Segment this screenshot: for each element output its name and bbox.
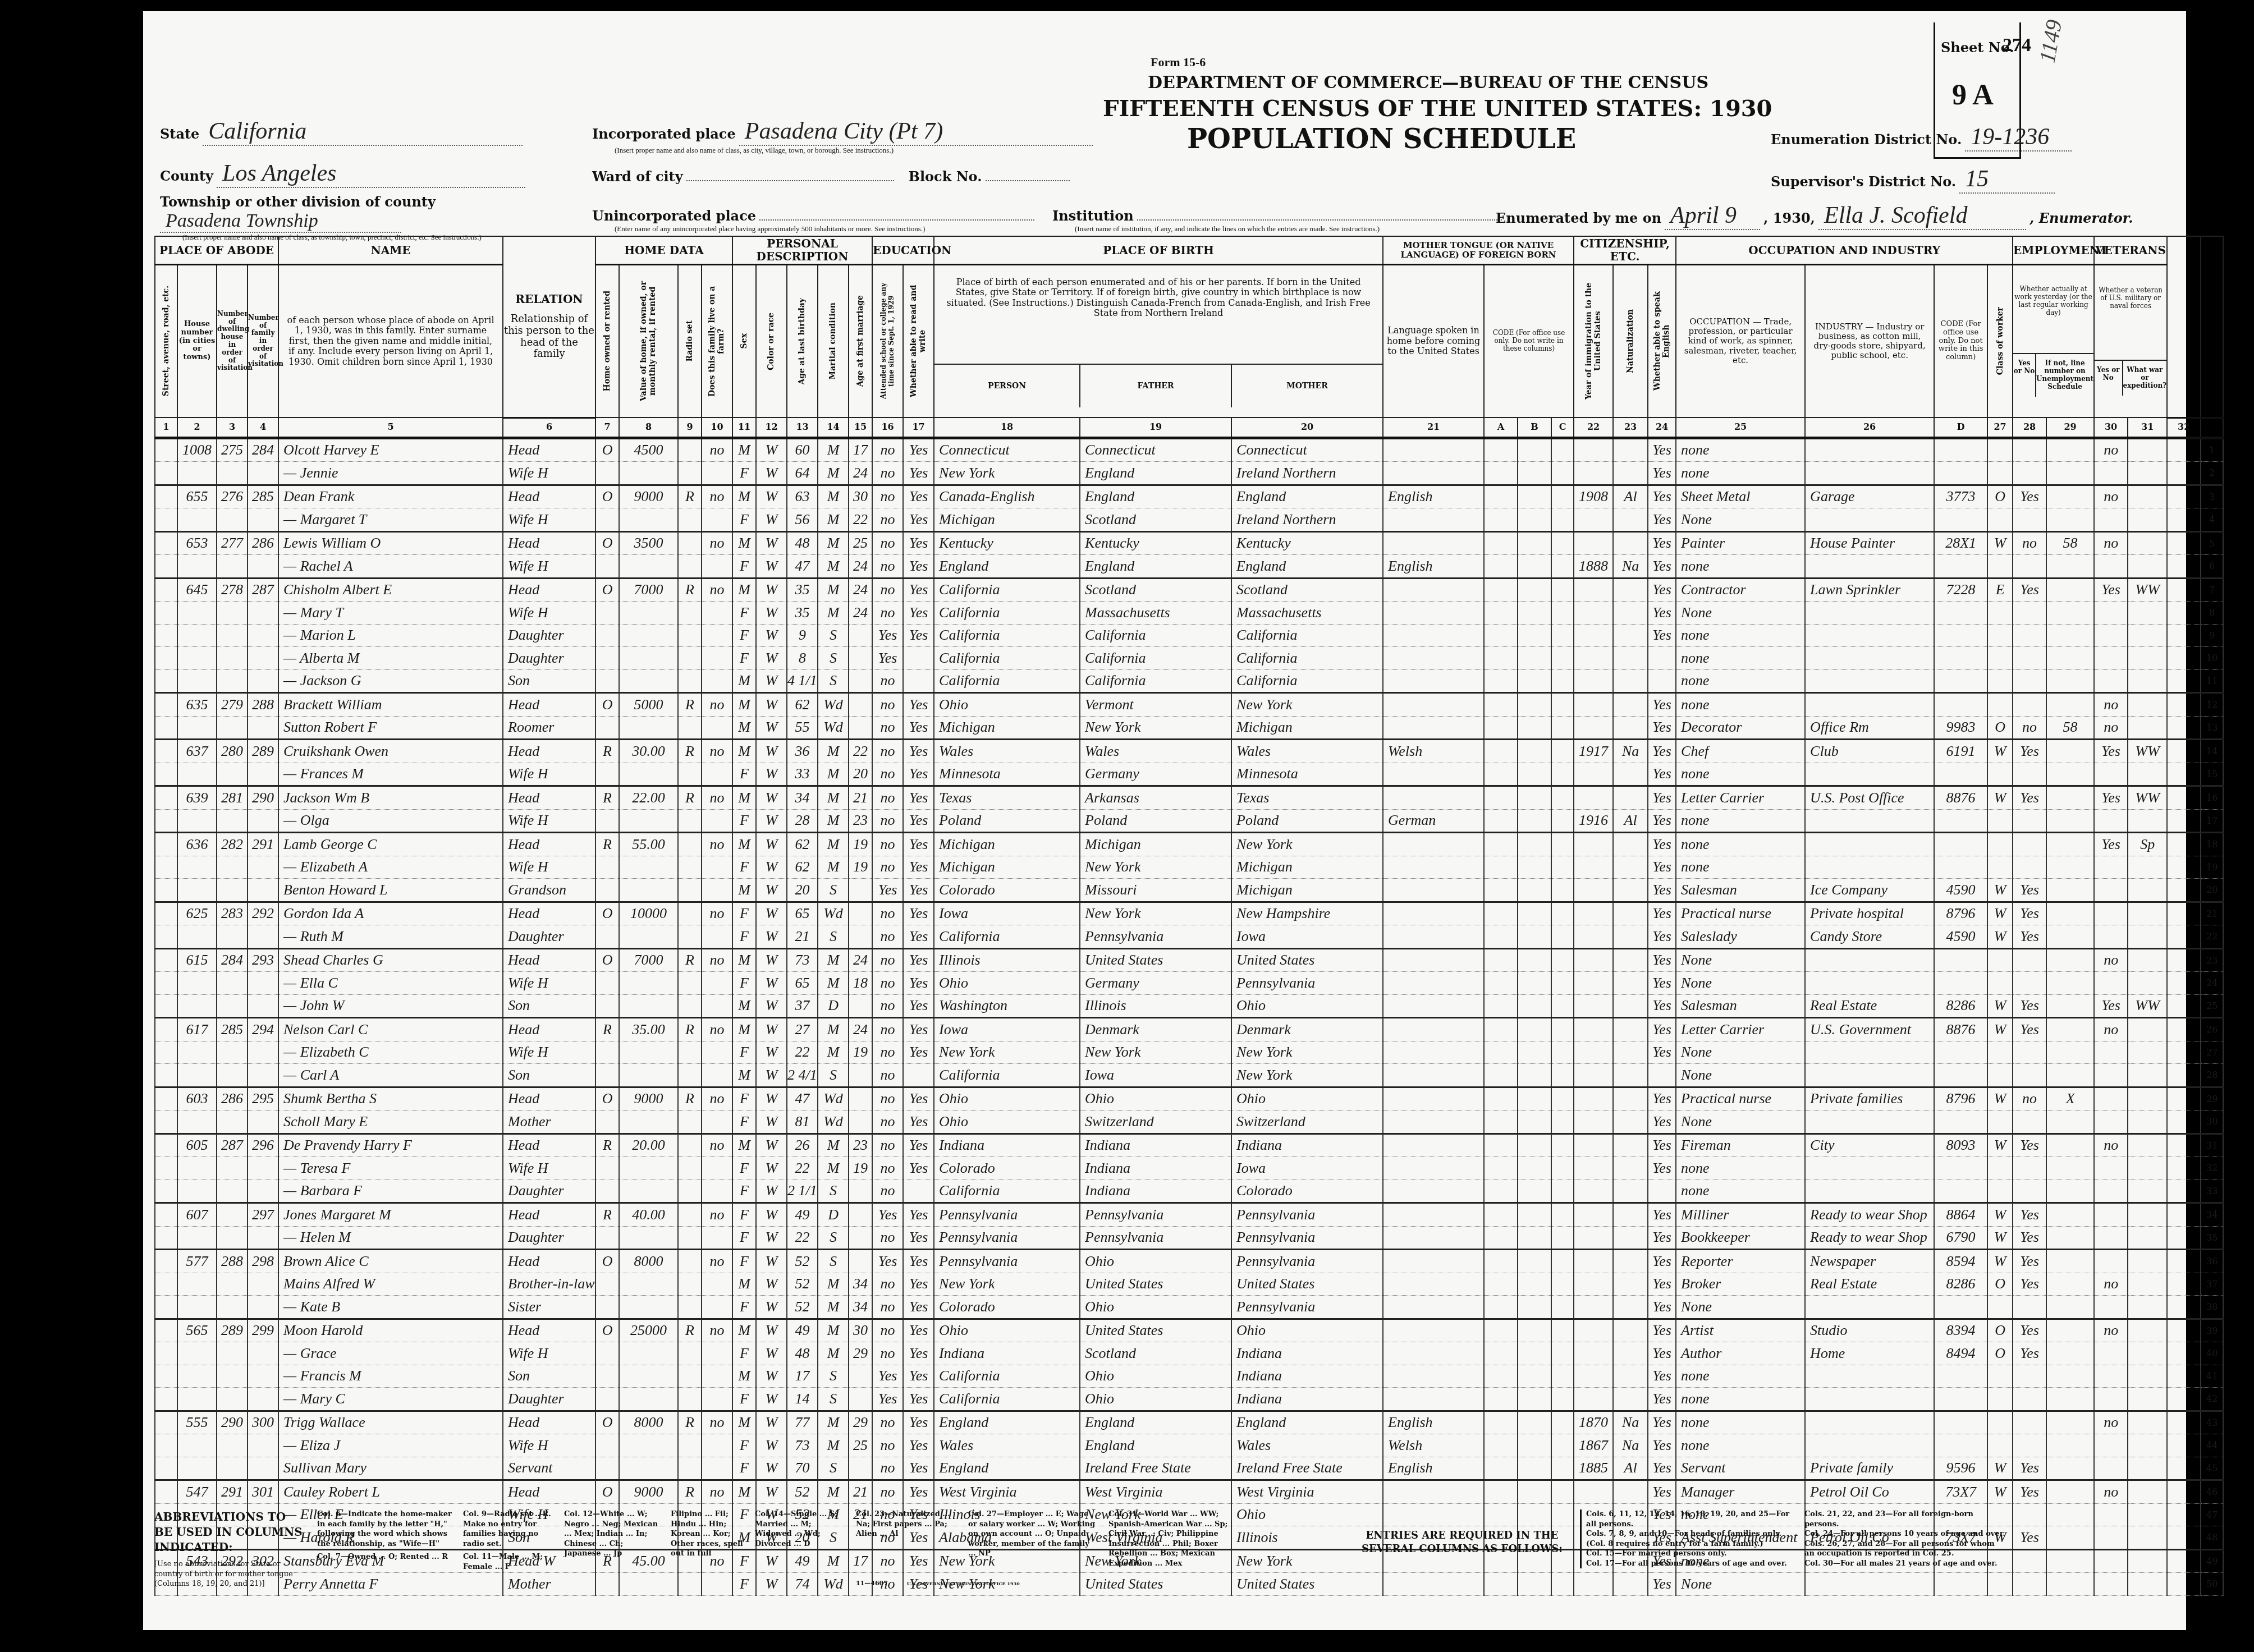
unemployment-line-cell: 58 xyxy=(2046,531,2094,555)
home-value-cell xyxy=(619,1157,678,1180)
birthplace-cell: California xyxy=(934,1180,1080,1203)
age-cell: 17 xyxy=(787,1365,818,1388)
home-value-cell: 35.00 xyxy=(619,1018,678,1041)
dwelling-number-cell: 283 xyxy=(217,902,248,925)
col-number: 22 xyxy=(1574,417,1613,438)
immigration-year-cell xyxy=(1574,1110,1613,1134)
house-number-cell: 625 xyxy=(177,902,217,925)
sex-cell: M xyxy=(732,693,756,717)
street-cell xyxy=(155,1226,177,1250)
home-value-cell xyxy=(619,462,678,485)
language-cell: English xyxy=(1383,1457,1484,1480)
marital-cell: S xyxy=(818,624,849,647)
house-number-cell xyxy=(177,1110,217,1134)
mother-birthplace-cell: Pennsylvania xyxy=(1231,1203,1383,1227)
code-b-cell xyxy=(1518,948,1551,972)
naturalization-cell xyxy=(1613,1319,1648,1342)
radio-cell xyxy=(678,1342,702,1365)
code-c-cell xyxy=(1551,669,1574,693)
war-cell xyxy=(2128,693,2167,717)
relation-cell: Mother xyxy=(503,1110,595,1134)
unemployment-line-cell xyxy=(2046,972,2094,995)
occupation-cell: none xyxy=(1676,763,1805,786)
class-worker-cell: O xyxy=(1987,485,2013,508)
street-cell xyxy=(155,462,177,485)
veteran-cell xyxy=(2094,1180,2128,1203)
unemployment-line-cell xyxy=(2046,1134,2094,1157)
language-cell xyxy=(1383,1319,1484,1342)
occupation-cell: Reporter xyxy=(1676,1250,1805,1273)
code-b-cell xyxy=(1518,1018,1551,1041)
mother-birthplace-cell: Ireland Free State xyxy=(1231,1457,1383,1480)
unemployment-line-cell xyxy=(2046,508,2094,532)
birthplace-cell: Ohio xyxy=(934,693,1080,717)
industry-cell: U.S. Post Office xyxy=(1805,786,1934,810)
veteran-war: What war or expedition? xyxy=(2122,361,2167,395)
industry-cell xyxy=(1805,1041,1934,1064)
read-write-cell: Yes xyxy=(903,763,934,786)
home-owned-cell: O xyxy=(595,578,619,602)
sex-cell: M xyxy=(732,740,756,763)
birthplace-cell: Pennsylvania xyxy=(934,1250,1080,1273)
code-a-cell xyxy=(1484,531,1518,555)
sex-cell: M xyxy=(732,1319,756,1342)
home-owned-cell xyxy=(595,1041,619,1064)
home-value-cell xyxy=(619,508,678,532)
veteran-cell: no xyxy=(2094,1411,2128,1434)
mother-birthplace-cell: New York xyxy=(1231,1041,1383,1064)
code-c-cell xyxy=(1551,1087,1574,1110)
house-number-cell: 607 xyxy=(177,1203,217,1227)
mother-birthplace-cell: Switzerland xyxy=(1231,1110,1383,1134)
line-number: 31 xyxy=(2201,1134,2223,1157)
class-worker-label: Class of worker xyxy=(1996,307,2005,375)
dwelling-number-cell: 280 xyxy=(217,740,248,763)
code-d-cell: 9596 xyxy=(1934,1457,1987,1480)
school-cell: no xyxy=(872,1226,903,1250)
age-cell: 26 xyxy=(787,1134,818,1157)
occupation-cell: none xyxy=(1676,1434,1805,1457)
radio-cell xyxy=(678,972,702,995)
father-birthplace-label: FATHER xyxy=(1079,365,1231,407)
age-cell: 49 xyxy=(787,1319,818,1342)
relation-cell: Wife H xyxy=(503,1342,595,1365)
speak-english-cell: Yes xyxy=(1648,578,1676,602)
birthplace-cell: Ohio xyxy=(934,1087,1080,1110)
occupation-cell: Decorator xyxy=(1676,716,1805,740)
house-number-cell xyxy=(177,1296,217,1319)
street-cell xyxy=(155,531,177,555)
read-write-cell: Yes xyxy=(903,624,934,647)
immigration-year-cell xyxy=(1574,1319,1613,1342)
farm-cell: no xyxy=(702,1319,732,1342)
employed-cell: Yes xyxy=(2013,1250,2046,1273)
dwelling-number-cell xyxy=(217,1180,248,1203)
marital-cell: M xyxy=(818,809,849,833)
farm-cell xyxy=(702,763,732,786)
employed-cell xyxy=(2013,1041,2046,1064)
veteran-cell: Yes xyxy=(2094,994,2128,1018)
age-marriage-cell: 21 xyxy=(849,786,872,810)
age-marriage-cell: 17 xyxy=(849,438,872,462)
race-cell: W xyxy=(756,1203,787,1227)
house-number-cell xyxy=(177,716,217,740)
sex-cell: M xyxy=(732,1480,756,1504)
age-marriage-cell: 25 xyxy=(849,531,872,555)
farm-cell xyxy=(702,1457,732,1480)
immigration-year-cell xyxy=(1574,462,1613,485)
occupation-cell: Contractor xyxy=(1676,578,1805,602)
mother-birthplace-cell: Texas xyxy=(1231,786,1383,810)
code-a-cell xyxy=(1484,716,1518,740)
sex-cell: M xyxy=(732,485,756,508)
war-cell: WW xyxy=(2128,578,2167,602)
home-owned-cell xyxy=(595,462,619,485)
township-field: Township or other division of county Pas… xyxy=(160,194,609,242)
family-number-cell xyxy=(248,1064,278,1087)
code-a-cell xyxy=(1484,856,1518,879)
marital-cell: M xyxy=(818,555,849,579)
farm-schedule-cell xyxy=(2167,1157,2201,1180)
home-value-cell xyxy=(619,624,678,647)
col-number: 8 xyxy=(619,417,678,438)
code-d-label: CODE (For office use only. Do not write … xyxy=(1935,320,1987,362)
class-worker-cell xyxy=(1987,693,2013,717)
code-c-cell xyxy=(1551,833,1574,856)
table-row: — Elizabeth CWife HFW22M19noYesNew YorkN… xyxy=(155,1041,2246,1064)
immigration-year-cell: 1908 xyxy=(1574,485,1613,508)
code-b-cell xyxy=(1518,1087,1551,1110)
radio-cell xyxy=(678,1180,702,1203)
veteran-yes-no: Yes or No xyxy=(2095,361,2122,395)
home-owned-label: Home owned or rented xyxy=(603,291,612,392)
home-value-cell xyxy=(619,972,678,995)
farm-schedule-cell xyxy=(2167,1087,2201,1110)
street-cell xyxy=(155,1041,177,1064)
radio-cell: R xyxy=(678,740,702,763)
home-owned-cell xyxy=(595,1064,619,1087)
table-row: 1008275284Olcott Harvey EHeadO4500noMW60… xyxy=(155,438,2246,462)
street-cell xyxy=(155,578,177,602)
incorporated-hint: (Insert proper name and also name of cla… xyxy=(615,146,1093,155)
code-c-cell xyxy=(1551,531,1574,555)
col-number: 17 xyxy=(903,417,934,438)
table-row: Sullivan MaryServantFW70SnoYesEnglandIre… xyxy=(155,1457,2246,1480)
naturalization-cell xyxy=(1613,1110,1648,1134)
unemployment-line-cell xyxy=(2046,1480,2094,1504)
birthplace-cell: Connecticut xyxy=(934,438,1080,462)
war-cell xyxy=(2128,1388,2167,1411)
code-b-cell xyxy=(1518,809,1551,833)
sex-cell: F xyxy=(732,1203,756,1227)
line-number: 15 xyxy=(2201,763,2223,786)
immigration-year-cell xyxy=(1574,1134,1613,1157)
age-marriage-cell: 18 xyxy=(849,972,872,995)
birthplace-cell: Pennsylvania xyxy=(934,1226,1080,1250)
institution-value xyxy=(1137,219,1502,221)
age-marriage-cell: 30 xyxy=(849,1319,872,1342)
family-number-cell: 299 xyxy=(248,1319,278,1342)
house-number-cell xyxy=(177,462,217,485)
dwelling-number-cell xyxy=(217,1226,248,1250)
language-cell xyxy=(1383,786,1484,810)
father-birthplace-cell: Kentucky xyxy=(1080,531,1231,555)
farm-schedule-cell xyxy=(2167,1203,2201,1227)
industry-cell: Newspaper xyxy=(1805,1250,1934,1273)
speak-english-cell: Yes xyxy=(1648,925,1676,949)
family-number-cell xyxy=(248,994,278,1018)
read-write-cell: Yes xyxy=(903,972,934,995)
marital-cell: S xyxy=(818,1388,849,1411)
radio-cell xyxy=(678,438,702,462)
person-name-cell: Shumk Bertha S xyxy=(278,1087,503,1110)
read-write-cell: Yes xyxy=(903,809,934,833)
farm-cell xyxy=(702,856,732,879)
house-number-cell xyxy=(177,1342,217,1365)
age-marriage-cell: 19 xyxy=(849,856,872,879)
dwelling-label: Number of dwelling house in order of vis… xyxy=(217,310,247,372)
language-cell xyxy=(1383,994,1484,1018)
race-cell: W xyxy=(756,1134,787,1157)
school-cell: no xyxy=(872,994,903,1018)
industry-cell: Real Estate xyxy=(1805,1273,1934,1296)
father-birthplace-cell: Ohio xyxy=(1080,1365,1231,1388)
language-cell: English xyxy=(1383,555,1484,579)
column-number-row: 123456789101112131415161718192021ABC2223… xyxy=(155,417,2246,438)
code-d-cell: 8876 xyxy=(1934,786,1987,810)
father-birthplace-cell: Pennsylvania xyxy=(1080,1203,1231,1227)
col-home-owned-header: Home owned or rented xyxy=(595,265,619,418)
home-value-cell: 4500 xyxy=(619,438,678,462)
employed-cell: Yes xyxy=(2013,578,2046,602)
table-row: — JennieWife HFW64M24noYesNew YorkEnglan… xyxy=(155,462,2246,485)
line-number: 13 xyxy=(2201,716,2223,740)
immigration-year-cell xyxy=(1574,716,1613,740)
marital-cell: M xyxy=(818,948,849,972)
language-cell xyxy=(1383,693,1484,717)
war-cell xyxy=(2128,1180,2167,1203)
table-row: 653277286Lewis William OHeadO3500noMW48M… xyxy=(155,531,2246,555)
family-number-cell xyxy=(248,1041,278,1064)
sex-cell: M xyxy=(732,669,756,693)
farm-schedule-cell xyxy=(2167,1296,2201,1319)
veteran-cell: Yes xyxy=(2094,833,2128,856)
home-value-cell: 20.00 xyxy=(619,1134,678,1157)
person-name-cell: — Helen M xyxy=(278,1226,503,1250)
father-birthplace-cell: California xyxy=(1080,669,1231,693)
class-worker-cell: W xyxy=(1987,1018,2013,1041)
unemployment-line-cell xyxy=(2046,994,2094,1018)
family-number-cell xyxy=(248,1365,278,1388)
immigration-year-cell xyxy=(1574,1250,1613,1273)
read-write-cell: Yes xyxy=(903,1018,934,1041)
school-cell: Yes xyxy=(872,624,903,647)
age-cell: 77 xyxy=(787,1411,818,1434)
state-value: California xyxy=(203,118,523,146)
class-worker-cell: W xyxy=(1987,531,2013,555)
radio-cell xyxy=(678,1457,702,1480)
school-cell: no xyxy=(872,948,903,972)
language-cell xyxy=(1383,1180,1484,1203)
family-number-cell: 292 xyxy=(248,902,278,925)
occupation-cell: Salesman xyxy=(1676,994,1805,1018)
marital-cell: M xyxy=(818,1434,849,1457)
street-cell xyxy=(155,786,177,810)
relation-cell: Head xyxy=(503,531,595,555)
code-d-cell xyxy=(1934,602,1987,625)
farm-schedule-cell xyxy=(2167,994,2201,1018)
home-owned-cell: O xyxy=(595,438,619,462)
immigration-year-cell: 1870 xyxy=(1574,1411,1613,1434)
family-number-cell xyxy=(248,1388,278,1411)
relation-cell: Head xyxy=(503,948,595,972)
col-immigration-header: Year of immigration to the United States xyxy=(1574,265,1613,418)
dwelling-number-cell xyxy=(217,1342,248,1365)
mother-birthplace-cell: New York xyxy=(1231,1064,1383,1087)
immigration-year-cell xyxy=(1574,1226,1613,1250)
home-owned-cell xyxy=(595,1157,619,1180)
sex-cell: F xyxy=(732,1180,756,1203)
sex-cell: F xyxy=(732,856,756,879)
mother-birthplace-cell: New Hampshire xyxy=(1231,902,1383,925)
code-d-cell: 8796 xyxy=(1934,1087,1987,1110)
employed-cell xyxy=(2013,1365,2046,1388)
mother-birthplace-cell: Pennsylvania xyxy=(1231,1226,1383,1250)
radio-cell xyxy=(678,1250,702,1273)
farm-cell xyxy=(702,1296,732,1319)
radio-cell xyxy=(678,1157,702,1180)
war-cell xyxy=(2128,1064,2167,1087)
home-owned-cell: O xyxy=(595,485,619,508)
group-mother-tongue: MOTHER TONGUE (OR NATIVE LANGUAGE) OF FO… xyxy=(1383,236,1574,265)
person-name-cell: — Jennie xyxy=(278,462,503,485)
school-cell: no xyxy=(872,669,903,693)
naturalization-cell: Na xyxy=(1613,1434,1648,1457)
employed-cell xyxy=(2013,669,2046,693)
farm-schedule-cell xyxy=(2167,1434,2201,1457)
farm-schedule-cell xyxy=(2167,693,2201,717)
col-school-header: Attended school or college any time sinc… xyxy=(872,265,903,418)
unemployment-line-cell xyxy=(2046,1180,2094,1203)
language-cell xyxy=(1383,948,1484,972)
war-cell xyxy=(2128,902,2167,925)
age-cell: 9 xyxy=(787,624,818,647)
language-cell xyxy=(1383,531,1484,555)
family-number-cell xyxy=(248,716,278,740)
street-cell xyxy=(155,1134,177,1157)
radio-cell: R xyxy=(678,1319,702,1342)
employed-cell: Yes xyxy=(2013,786,2046,810)
col-birthplace-header: Place of birth of each person enumerated… xyxy=(934,265,1383,418)
radio-cell xyxy=(678,1296,702,1319)
dwelling-number-cell xyxy=(217,1296,248,1319)
mother-birthplace-cell: Indiana xyxy=(1231,1342,1383,1365)
home-owned-cell xyxy=(595,856,619,879)
war-cell xyxy=(2128,1411,2167,1434)
farm-cell: no xyxy=(702,948,732,972)
class-worker-cell xyxy=(1987,555,2013,579)
table-row: — Barbara FDaughterFW2 1/12SnoCalifornia… xyxy=(155,1180,2246,1203)
population-schedule-table: PLACE OF ABODE NAME RELATION Relationshi… xyxy=(154,236,2246,1596)
relation-cell: Son xyxy=(503,1064,595,1087)
col-number: 20 xyxy=(1231,417,1383,438)
code-c-cell xyxy=(1551,1018,1574,1041)
age-cell: 4 1/12 xyxy=(787,669,818,693)
race-cell: W xyxy=(756,1226,787,1250)
code-c-cell xyxy=(1551,1365,1574,1388)
father-birthplace-cell: Michigan xyxy=(1080,833,1231,856)
read-write-cell: Yes xyxy=(903,1134,934,1157)
school-cell: no xyxy=(872,1041,903,1064)
farm-cell xyxy=(702,462,732,485)
class-worker-cell xyxy=(1987,1157,2013,1180)
col-farm-header: Does this family live on a farm? xyxy=(702,265,732,418)
farm-schedule-cell xyxy=(2167,1041,2201,1064)
family-number-cell xyxy=(248,462,278,485)
marital-cell: M xyxy=(818,786,849,810)
employed-cell xyxy=(2013,555,2046,579)
radio-cell xyxy=(678,602,702,625)
age-marriage-cell: 20 xyxy=(849,763,872,786)
enumerated-date: April 9 xyxy=(1665,202,1760,230)
father-birthplace-cell: United States xyxy=(1080,1273,1231,1296)
street-cell xyxy=(155,1319,177,1342)
sex-cell: F xyxy=(732,902,756,925)
veteran-cell: no xyxy=(2094,438,2128,462)
industry-cell: Petrol Oil Co xyxy=(1805,1480,1934,1504)
farm-schedule-cell xyxy=(2167,1457,2201,1480)
age-cell: 8 xyxy=(787,647,818,670)
col-number: C xyxy=(1551,417,1574,438)
employed-cell xyxy=(2013,462,2046,485)
war-cell xyxy=(2128,1250,2167,1273)
street-cell xyxy=(155,1365,177,1388)
mother-birthplace-cell: Kentucky xyxy=(1231,531,1383,555)
family-number-cell: 289 xyxy=(248,740,278,763)
family-number-cell: 288 xyxy=(248,693,278,717)
radio-cell xyxy=(678,1041,702,1064)
immigration-year-cell xyxy=(1574,972,1613,995)
age-marriage-cell xyxy=(849,1457,872,1480)
race-cell: W xyxy=(756,438,787,462)
col-number: 21 xyxy=(1383,417,1484,438)
code-b-cell xyxy=(1518,1273,1551,1296)
table-row: — Ruth MDaughterFW21SnoYesCaliforniaPenn… xyxy=(155,925,2246,949)
farm-schedule-cell xyxy=(2167,647,2201,670)
race-cell: W xyxy=(756,462,787,485)
farm-cell xyxy=(702,647,732,670)
school-cell: no xyxy=(872,740,903,763)
house-number-cell: 637 xyxy=(177,740,217,763)
speak-english-cell: Yes xyxy=(1648,948,1676,972)
father-birthplace-cell: Arkansas xyxy=(1080,786,1231,810)
county-field: County Los Angeles xyxy=(160,160,525,188)
language-cell: Welsh xyxy=(1383,1434,1484,1457)
race-cell: W xyxy=(756,1018,787,1041)
language-cell xyxy=(1383,1134,1484,1157)
age-marriage-cell xyxy=(849,1110,872,1134)
father-birthplace-cell: Pennsylvania xyxy=(1080,1226,1231,1250)
race-cell: W xyxy=(756,1041,787,1064)
street-cell xyxy=(155,879,177,902)
code-c-cell xyxy=(1551,602,1574,625)
relation-cell: Head xyxy=(503,1018,595,1041)
family-number-cell: 301 xyxy=(248,1480,278,1504)
home-owned-cell: R xyxy=(595,740,619,763)
age-marriage-cell xyxy=(849,902,872,925)
block-value xyxy=(986,180,1070,181)
enumeration-district-field: Enumeration District No. 19-1236 xyxy=(1771,123,2072,152)
